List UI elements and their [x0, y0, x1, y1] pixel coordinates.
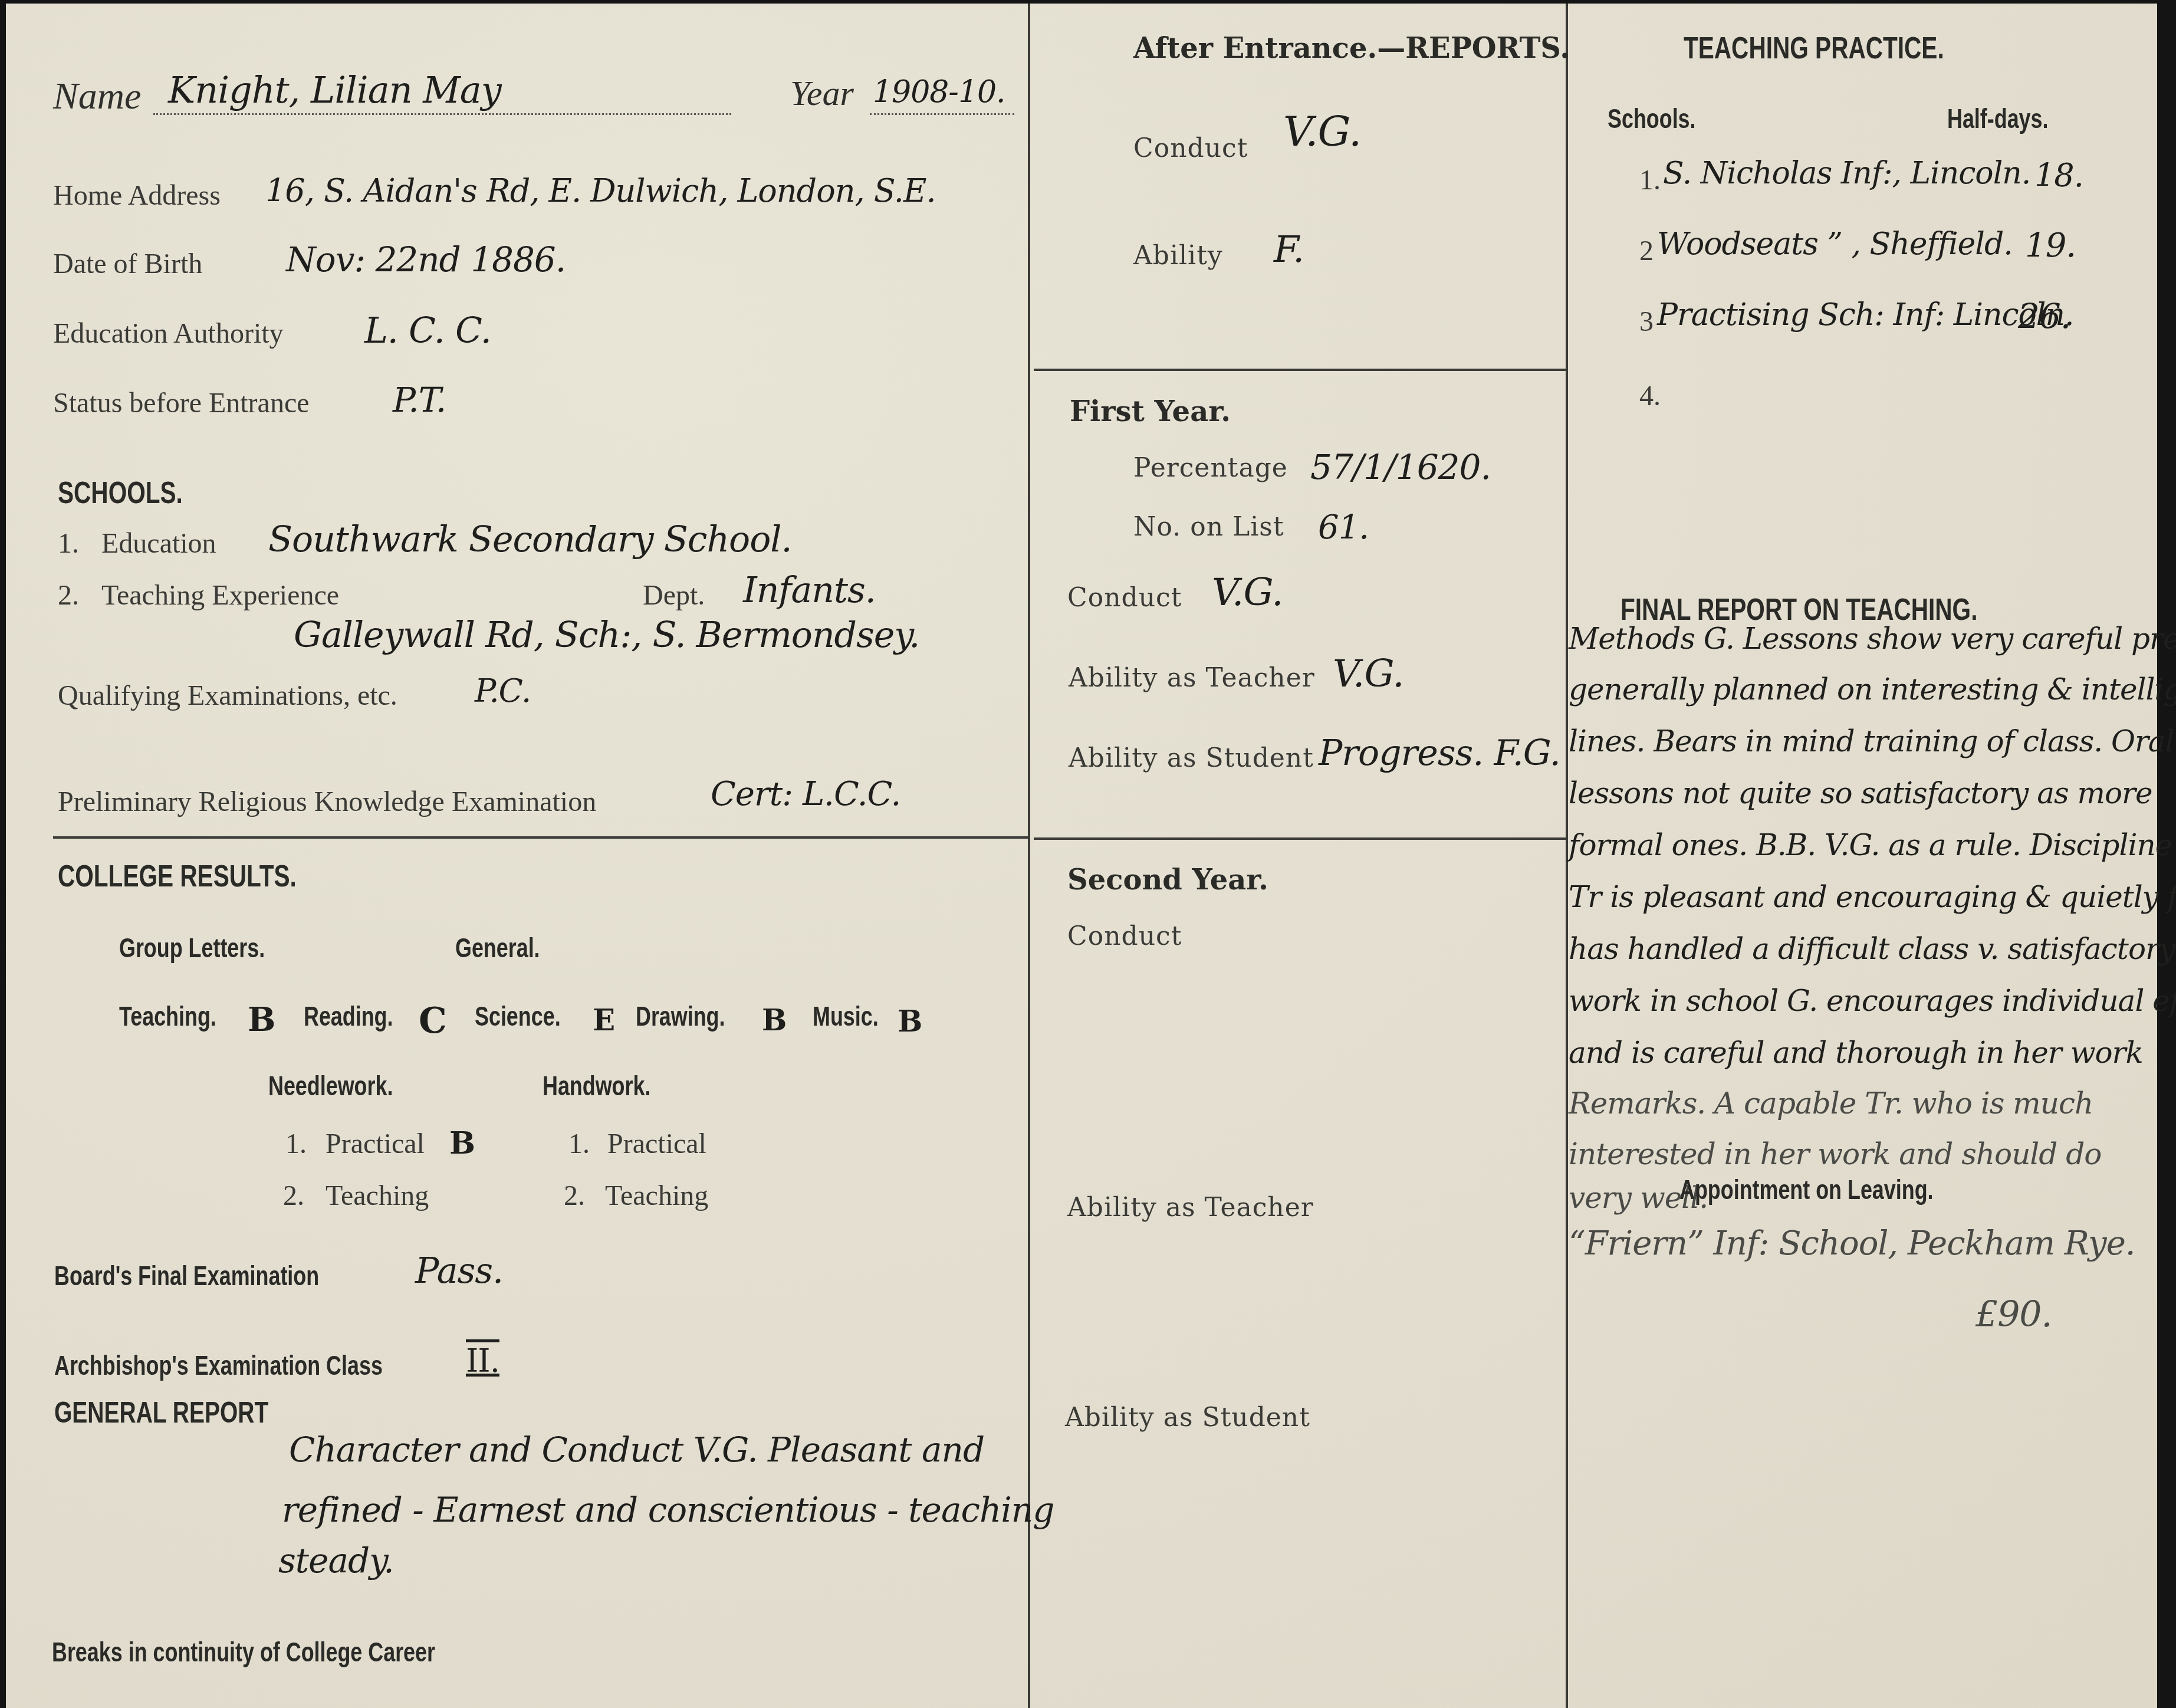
percentage-value: 57/1/1620. — [1310, 447, 1491, 487]
group-letters-label: Group Letters. — [119, 932, 265, 964]
archbishop-value: II. — [466, 1342, 499, 1379]
appointment-salary: £90. — [1976, 1294, 2052, 1335]
second-year-heading: Second Year. — [1067, 863, 1268, 896]
handwork-teaching-num: 2. — [564, 1180, 585, 1212]
final-report-line: lessons not quite so satisfactory as mor… — [1569, 776, 2152, 810]
first-teacher-value: V.G. — [1333, 652, 1404, 696]
final-report-line: generally planned on interesting & intel… — [1569, 672, 2176, 707]
subject-drawing-label: Drawing. — [636, 1000, 725, 1032]
reports-heading: After Entrance.—REPORTS. — [1133, 32, 1570, 65]
final-report-line: and is careful and thorough in her work — [1569, 1036, 2143, 1070]
appointment-value: “Friern” Inf: School, Peckham Rye. — [1569, 1224, 2135, 1263]
final-report-line: Tr is pleasant and encouraging & quietly… — [1569, 880, 2176, 914]
education-value: Southwark Secondary School. — [268, 519, 792, 560]
tp-row-school: Woodseats ” , Sheffield. — [1657, 226, 2013, 262]
final-report-line: interested in her work and should do — [1569, 1137, 2101, 1171]
general-report-line-3: steady. — [278, 1541, 394, 1581]
subject-teaching-label: Teaching. — [119, 1000, 216, 1032]
teaching-exp-label: Teaching Experience — [101, 579, 339, 612]
tp-row-num: 1. — [1639, 164, 1661, 196]
subject-science-label: Science. — [475, 1000, 561, 1032]
column-divider-right — [1566, 4, 1568, 1708]
first-conduct-value: V.G. — [1212, 571, 1283, 615]
reports-ability-label: Ability — [1133, 241, 1223, 271]
final-report-line: formal ones. B.B. V.G. as a rule. Discip… — [1569, 828, 2176, 862]
breaks-label: Breaks in continuity of College Career — [52, 1636, 435, 1668]
handwork-practical-label: Practical — [607, 1128, 706, 1160]
name-label: Name — [53, 74, 141, 118]
general-report-line-1: Character and Conduct V.G. Pleasant and — [289, 1430, 984, 1470]
column-divider-left — [1028, 4, 1030, 1708]
name-dotted-line — [153, 113, 731, 115]
subject-drawing-grade: B — [762, 1003, 786, 1037]
tp-row-num: 3 — [1639, 306, 1654, 338]
dob-value: Nov: 22nd 1886. — [286, 239, 566, 280]
teaching-practice-heading: TEACHING PRACTICE. — [1684, 31, 1944, 66]
second-teacher-label: Ability as Teacher — [1067, 1193, 1314, 1223]
status-label: Status before Entrance — [53, 387, 309, 419]
final-report-line: lines. Bears in mind training of class. … — [1569, 724, 2174, 758]
status-value: P.T. — [393, 380, 446, 420]
needlework-practical-label: Practical — [326, 1128, 425, 1160]
first-student-value: Progress. F.G. — [1319, 733, 1560, 774]
final-report-line: has handled a difficult class v. satisfa… — [1569, 932, 2175, 966]
percentage-label: Percentage — [1133, 453, 1288, 483]
first-teacher-label: Ability as Teacher — [1069, 663, 1315, 693]
college-results-heading: COLLEGE RESULTS. — [58, 859, 297, 894]
first-year-heading: First Year. — [1070, 395, 1231, 428]
tp-row-halfdays: 26. — [2018, 296, 2070, 336]
general-report-line-2: refined - Earnest and conscientious - te… — [282, 1490, 1054, 1530]
boards-final-label: Board's Final Examination — [54, 1260, 319, 1292]
handwork-practical-num: 1. — [568, 1128, 590, 1160]
subject-teaching-grade: B — [248, 1000, 275, 1039]
reports-conduct-label: Conduct — [1133, 133, 1248, 163]
general-report-heading: GENERAL REPORT — [54, 1395, 268, 1430]
year-value: 1908-10. — [873, 74, 1005, 110]
subject-science-grade: E — [593, 1003, 614, 1037]
religious-label: Preliminary Religious Knowledge Examinat… — [58, 786, 596, 818]
education-authority-label: Education Authority — [53, 317, 284, 350]
final-report-line: work in school G. encourages individual … — [1569, 984, 2176, 1018]
record-card: Name Knight, Lilian May Year 1908-10. Ho… — [6, 4, 2157, 1708]
final-report-line: Remarks. A capable Tr. who is much — [1569, 1086, 2093, 1121]
education-authority-value: L. C. C. — [364, 310, 491, 352]
handwork-label: Handwork. — [543, 1070, 650, 1102]
religious-value: Cert: L.C.C. — [711, 775, 900, 813]
tp-row-num: 4. — [1639, 380, 1661, 412]
appointment-heading: Appointment on Leaving. — [1679, 1174, 1934, 1206]
subject-music-label: Music. — [813, 1000, 879, 1032]
subject-reading-grade: C — [419, 1000, 446, 1042]
education-num: 1. — [58, 527, 79, 560]
year-label: Year — [790, 73, 854, 114]
dept-value: Infants. — [743, 570, 876, 611]
handwork-teaching-label: Teaching — [605, 1180, 708, 1212]
year-dotted-line — [870, 113, 1014, 115]
left-section-divider — [53, 836, 1028, 839]
middle-divider-reports — [1034, 369, 1566, 371]
no-on-list-value: 61. — [1318, 508, 1369, 547]
needlework-teaching-num: 2. — [283, 1180, 304, 1212]
subject-reading-label: Reading. — [304, 1000, 393, 1032]
first-conduct-label: Conduct — [1067, 583, 1182, 613]
tp-schools-label: Schools. — [1608, 103, 1696, 134]
schools-heading: SCHOOLS. — [58, 475, 183, 511]
archbishop-label: Archbishop's Examination Class — [54, 1349, 383, 1381]
dob-label: Date of Birth — [53, 248, 202, 280]
no-on-list-label: No. on List — [1133, 512, 1284, 542]
home-address-label: Home Address — [53, 179, 221, 212]
tp-row-halfdays: 19. — [2025, 226, 2076, 265]
needlework-label: Needlework. — [268, 1070, 393, 1102]
tp-halfdays-label: Half-days. — [1947, 103, 2048, 134]
subject-music-grade: B — [898, 1004, 922, 1039]
qualifying-value: P.C. — [475, 672, 531, 710]
name-value: Knight, Lilian May — [168, 68, 501, 111]
boards-final-value: Pass. — [415, 1250, 503, 1292]
reports-conduct-value: V.G. — [1283, 107, 1361, 156]
teaching-exp-num: 2. — [58, 579, 79, 612]
needlework-teaching-label: Teaching — [326, 1180, 429, 1212]
education-label: Education — [101, 527, 216, 560]
tp-row-school: S. Nicholas Inf:, Lincoln. — [1663, 156, 2030, 191]
reports-ability-value: F. — [1274, 228, 1304, 271]
tp-row-school: Practising Sch: Inf: Lincoln. — [1657, 297, 2073, 333]
qualifying-label: Qualifying Examinations, etc. — [58, 679, 397, 712]
final-report-line: Methods G. Lessons show very careful pre… — [1569, 622, 2176, 656]
needlework-practical-num: 1. — [285, 1128, 307, 1160]
first-student-label: Ability as Student — [1069, 743, 1314, 773]
home-address-value: 16, S. Aidan's Rd, E. Dulwich, London, S… — [265, 172, 936, 209]
tp-row-halfdays: 18. — [2034, 157, 2083, 194]
tp-row-num: 2 — [1639, 235, 1654, 267]
dept-label: Dept. — [643, 579, 705, 612]
second-student-label: Ability as Student — [1065, 1402, 1310, 1433]
teaching-exp-value: Galleywall Rd, Sch:, S. Bermondsey. — [294, 615, 919, 656]
general-label: General. — [455, 932, 540, 964]
middle-divider-first-year — [1034, 837, 1566, 840]
second-conduct-label: Conduct — [1067, 921, 1182, 951]
needlework-practical-grade: B — [449, 1125, 475, 1161]
